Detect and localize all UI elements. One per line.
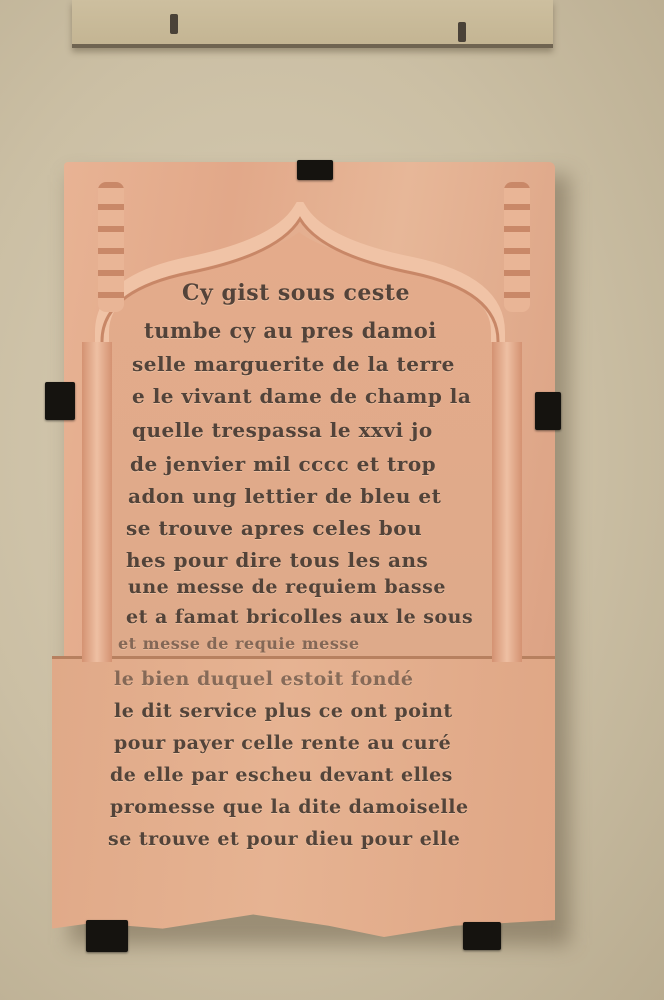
inscription-line: pour payer celle rente au curé xyxy=(114,732,451,754)
inscription-slab: Cy gist sous ceste tumbe cy au pres damo… xyxy=(52,162,555,937)
left-pinnacle xyxy=(98,182,124,312)
inscription-line: et messe de requie messe xyxy=(118,634,360,653)
iron-clamp-right xyxy=(535,392,561,430)
frame-clip xyxy=(170,14,178,34)
inscription-line: quelle trespassa le xxvi jo xyxy=(132,418,433,442)
right-pinnacle xyxy=(504,182,530,312)
iron-clamp-left xyxy=(45,382,75,420)
right-column xyxy=(492,342,522,662)
inscription-line: adon ung lettier de bleu et xyxy=(128,484,441,508)
upper-plaque-frame xyxy=(72,0,553,48)
iron-clamp-bottom-right xyxy=(463,922,501,950)
inscription-line: promesse que la dite damoiselle xyxy=(110,796,469,818)
inscription-line: hes pour dire tous les ans xyxy=(126,548,428,572)
inscription-line: de jenvier mil cccc et trop xyxy=(130,452,436,476)
inscription-line: une messe de requiem basse xyxy=(128,576,446,598)
inscription-line: le bien duquel estoit fondé xyxy=(114,668,413,690)
iron-clamp-bottom-left xyxy=(86,920,128,952)
inscription-line: de elle par escheu devant elles xyxy=(110,764,453,786)
inscription-line: se trouve et pour dieu pour elle xyxy=(108,828,460,850)
inscription-line: tumbe cy au pres damoi xyxy=(144,318,437,343)
inscription-line: et a famat bricolles aux le sous xyxy=(126,606,473,628)
inscription-line: Cy gist sous ceste xyxy=(182,280,410,306)
slab-seam xyxy=(52,656,555,659)
frame-clip xyxy=(458,22,466,42)
inscription-line: se trouve apres celes bou xyxy=(126,516,422,540)
inscription-line: e le vivant dame de champ la xyxy=(132,384,471,408)
inscription-line: selle marguerite de la terre xyxy=(132,352,455,376)
iron-clamp-top xyxy=(297,160,333,180)
inscription-line: le dit service plus ce ont point xyxy=(114,700,453,722)
left-column xyxy=(82,342,112,662)
